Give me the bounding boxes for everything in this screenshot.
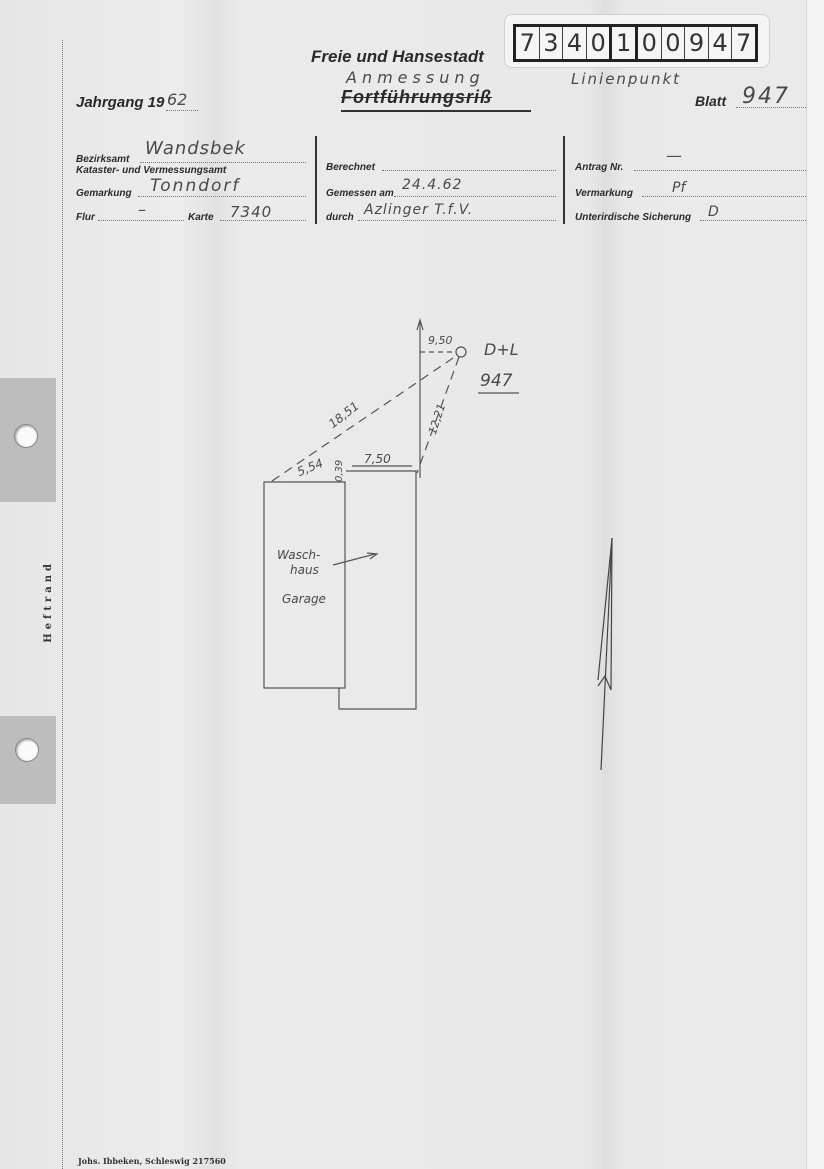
building-label-garage: Garage bbox=[282, 592, 326, 606]
building-left bbox=[264, 482, 345, 688]
survey-point-marker bbox=[456, 347, 466, 357]
printer-imprint: Johs. Ibbeken, Schleswig 217560 bbox=[78, 1156, 226, 1166]
north-arrow bbox=[601, 538, 612, 770]
building-right bbox=[339, 471, 416, 709]
building-label-wasch: Wasch- bbox=[277, 548, 320, 562]
survey-sketch bbox=[0, 0, 806, 1169]
measure-right-segment: 7,50 bbox=[364, 452, 391, 466]
survey-point-label: D+L bbox=[484, 340, 519, 359]
building-label-haus: haus bbox=[290, 563, 319, 577]
page-edge bbox=[806, 0, 824, 1169]
survey-point-number: 947 bbox=[480, 371, 512, 391]
measure-top-offset: 9,50 bbox=[428, 334, 453, 347]
survey-sheet: Heftrand 7 3 4 0 1 0 0 9 4 7 Freie und H… bbox=[0, 0, 806, 1169]
measure-step: 0,39 bbox=[334, 460, 345, 482]
